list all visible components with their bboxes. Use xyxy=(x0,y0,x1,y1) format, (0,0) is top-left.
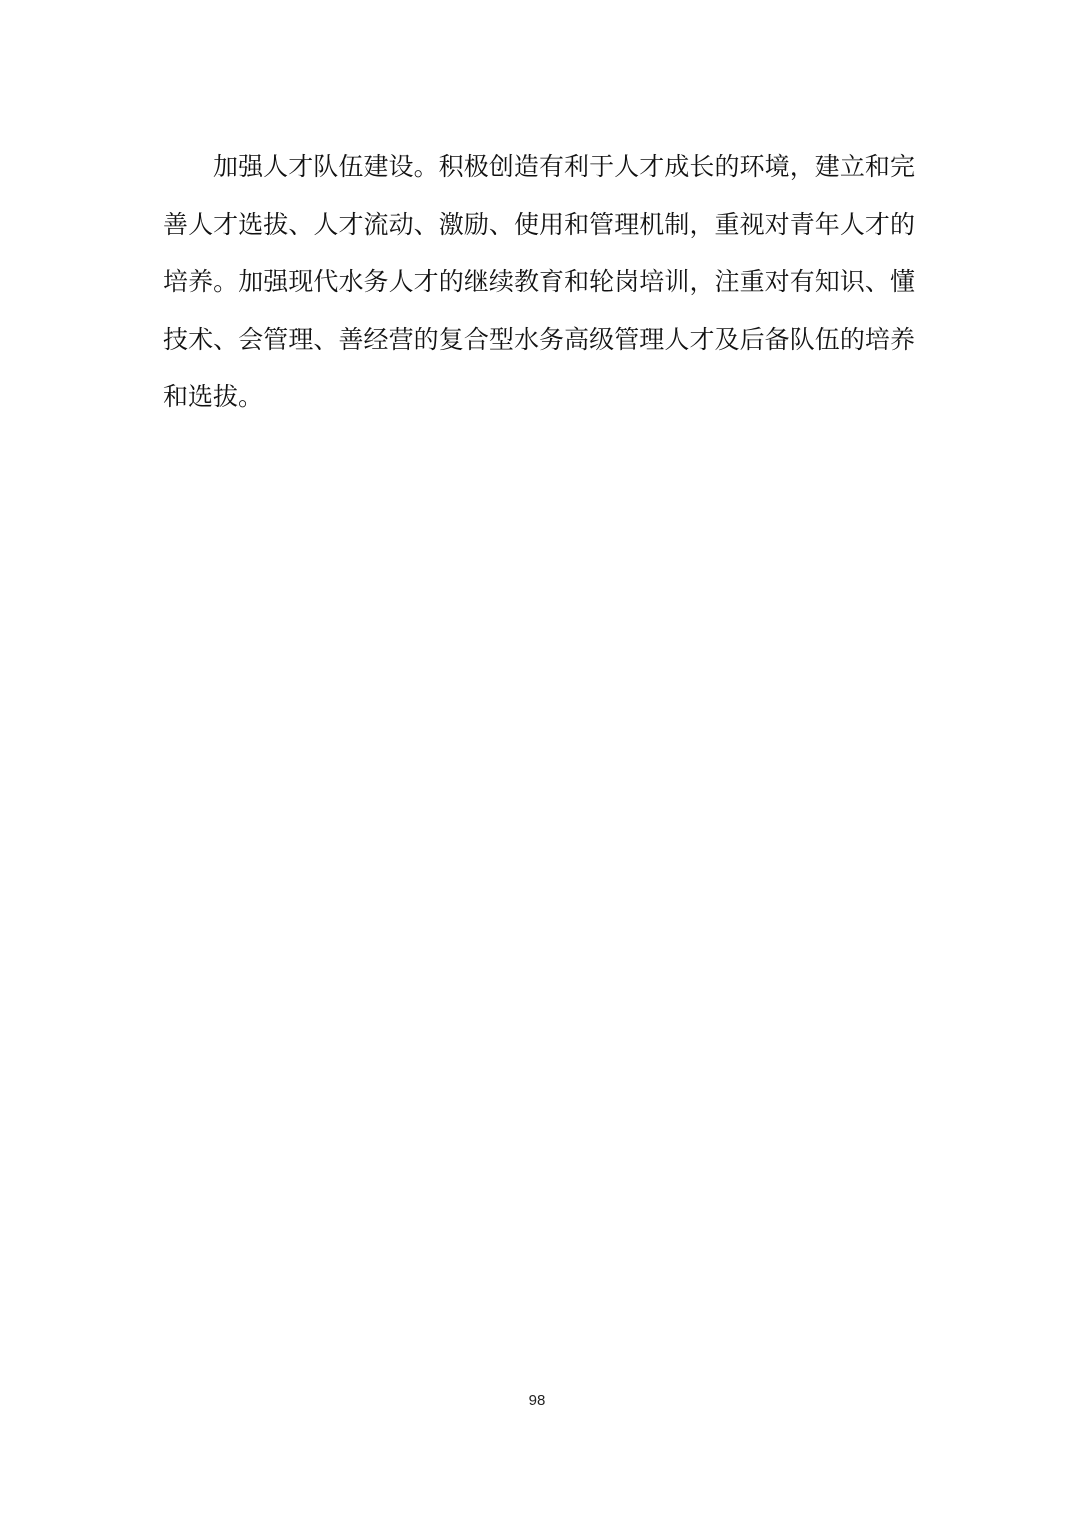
body-paragraph: 加强人才队伍建设。积极创造有利于人才成长的环境，建立和完 善人才选拔、人才流动、… xyxy=(163,138,915,426)
paragraph-line: 善人才选拔、人才流动、激励、使用和管理机制，重视对青年人才的 xyxy=(163,196,915,254)
paragraph-line: 培养。加强现代水务人才的继续教育和轮岗培训，注重对有知识、懂 xyxy=(163,253,915,311)
paragraph-line: 技术、会管理、善经营的复合型水务高级管理人才及后备队伍的培养 xyxy=(163,311,915,369)
page-number: 98 xyxy=(0,1392,1074,1409)
document-page: 加强人才队伍建设。积极创造有利于人才成长的环境，建立和完 善人才选拔、人才流动、… xyxy=(0,0,1074,1520)
paragraph-line: 和选拔。 xyxy=(163,368,915,426)
paragraph-line: 加强人才队伍建设。积极创造有利于人才成长的环境，建立和完 xyxy=(163,138,915,196)
